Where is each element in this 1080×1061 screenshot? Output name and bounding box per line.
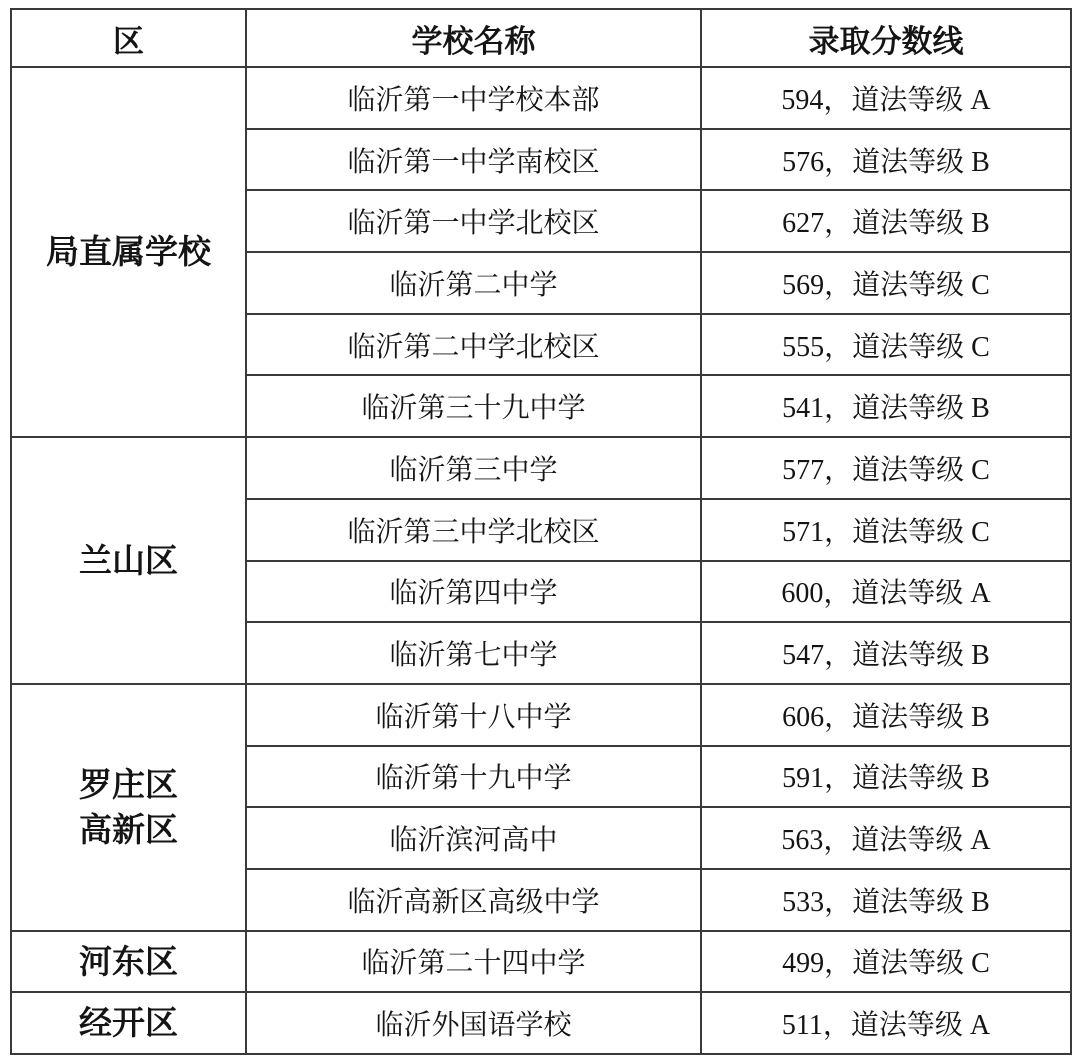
admission-score-table: 区 学校名称 录取分数线 局直属学校临沂第一中学校本部594，道法等级 A临沂第… (10, 8, 1072, 1055)
score-line-cell: 571，道法等级 C (701, 499, 1071, 561)
district-cell: 罗庄区高新区 (11, 684, 246, 931)
score-line-cell: 577，道法等级 C (701, 437, 1071, 499)
district-label-line: 高新区 (12, 807, 245, 853)
table-row: 局直属学校临沂第一中学校本部594，道法等级 A (11, 67, 1071, 129)
school-name-cell: 临沂第十八中学 (246, 684, 701, 746)
score-line-cell: 563，道法等级 A (701, 807, 1071, 869)
school-name-cell: 临沂第一中学校本部 (246, 67, 701, 129)
school-name-cell: 临沂第三中学 (246, 437, 701, 499)
school-name-cell: 临沂第七中学 (246, 622, 701, 684)
col-header-school: 学校名称 (246, 9, 701, 67)
school-name-cell: 临沂第二中学北校区 (246, 314, 701, 376)
table-header: 区 学校名称 录取分数线 (11, 9, 1071, 67)
district-cell: 河东区 (11, 931, 246, 993)
district-cell: 兰山区 (11, 437, 246, 684)
school-name-cell: 临沂第十九中学 (246, 746, 701, 808)
score-line-cell: 576，道法等级 B (701, 129, 1071, 191)
school-name-cell: 临沂第一中学南校区 (246, 129, 701, 191)
school-name-cell: 临沂外国语学校 (246, 992, 701, 1054)
score-line-cell: 555，道法等级 C (701, 314, 1071, 376)
school-name-cell: 临沂第一中学北校区 (246, 190, 701, 252)
school-name-cell: 临沂第三中学北校区 (246, 499, 701, 561)
district-label-line: 罗庄区 (12, 762, 245, 808)
school-name-cell: 临沂高新区高级中学 (246, 869, 701, 931)
header-row: 区 学校名称 录取分数线 (11, 9, 1071, 67)
score-line-cell: 594，道法等级 A (701, 67, 1071, 129)
score-line-cell: 569，道法等级 C (701, 252, 1071, 314)
score-line-cell: 533，道法等级 B (701, 869, 1071, 931)
table-row: 罗庄区高新区临沂第十八中学606，道法等级 B (11, 684, 1071, 746)
score-line-cell: 600，道法等级 A (701, 561, 1071, 623)
page: 区 学校名称 录取分数线 局直属学校临沂第一中学校本部594，道法等级 A临沂第… (0, 0, 1080, 1061)
score-line-cell: 547，道法等级 B (701, 622, 1071, 684)
district-label-line: 经开区 (12, 1000, 245, 1046)
table-row: 河东区临沂第二十四中学499，道法等级 C (11, 931, 1071, 993)
table-row: 兰山区临沂第三中学577，道法等级 C (11, 437, 1071, 499)
score-line-cell: 606，道法等级 B (701, 684, 1071, 746)
table-row: 经开区临沂外国语学校511，道法等级 A (11, 992, 1071, 1054)
table-body: 局直属学校临沂第一中学校本部594，道法等级 A临沂第一中学南校区576，道法等… (11, 67, 1071, 1054)
district-label-line: 兰山区 (12, 538, 245, 584)
score-line-cell: 541，道法等级 B (701, 375, 1071, 437)
score-line-cell: 499，道法等级 C (701, 931, 1071, 993)
district-label-line: 河东区 (12, 939, 245, 985)
school-name-cell: 临沂第二中学 (246, 252, 701, 314)
col-header-district: 区 (11, 9, 246, 67)
score-line-cell: 627，道法等级 B (701, 190, 1071, 252)
district-label-line: 局直属学校 (12, 229, 245, 275)
score-line-cell: 591，道法等级 B (701, 746, 1071, 808)
district-cell: 经开区 (11, 992, 246, 1054)
col-header-score: 录取分数线 (701, 9, 1071, 67)
score-line-cell: 511，道法等级 A (701, 992, 1071, 1054)
district-cell: 局直属学校 (11, 67, 246, 437)
school-name-cell: 临沂第三十九中学 (246, 375, 701, 437)
school-name-cell: 临沂第二十四中学 (246, 931, 701, 993)
school-name-cell: 临沂滨河高中 (246, 807, 701, 869)
school-name-cell: 临沂第四中学 (246, 561, 701, 623)
